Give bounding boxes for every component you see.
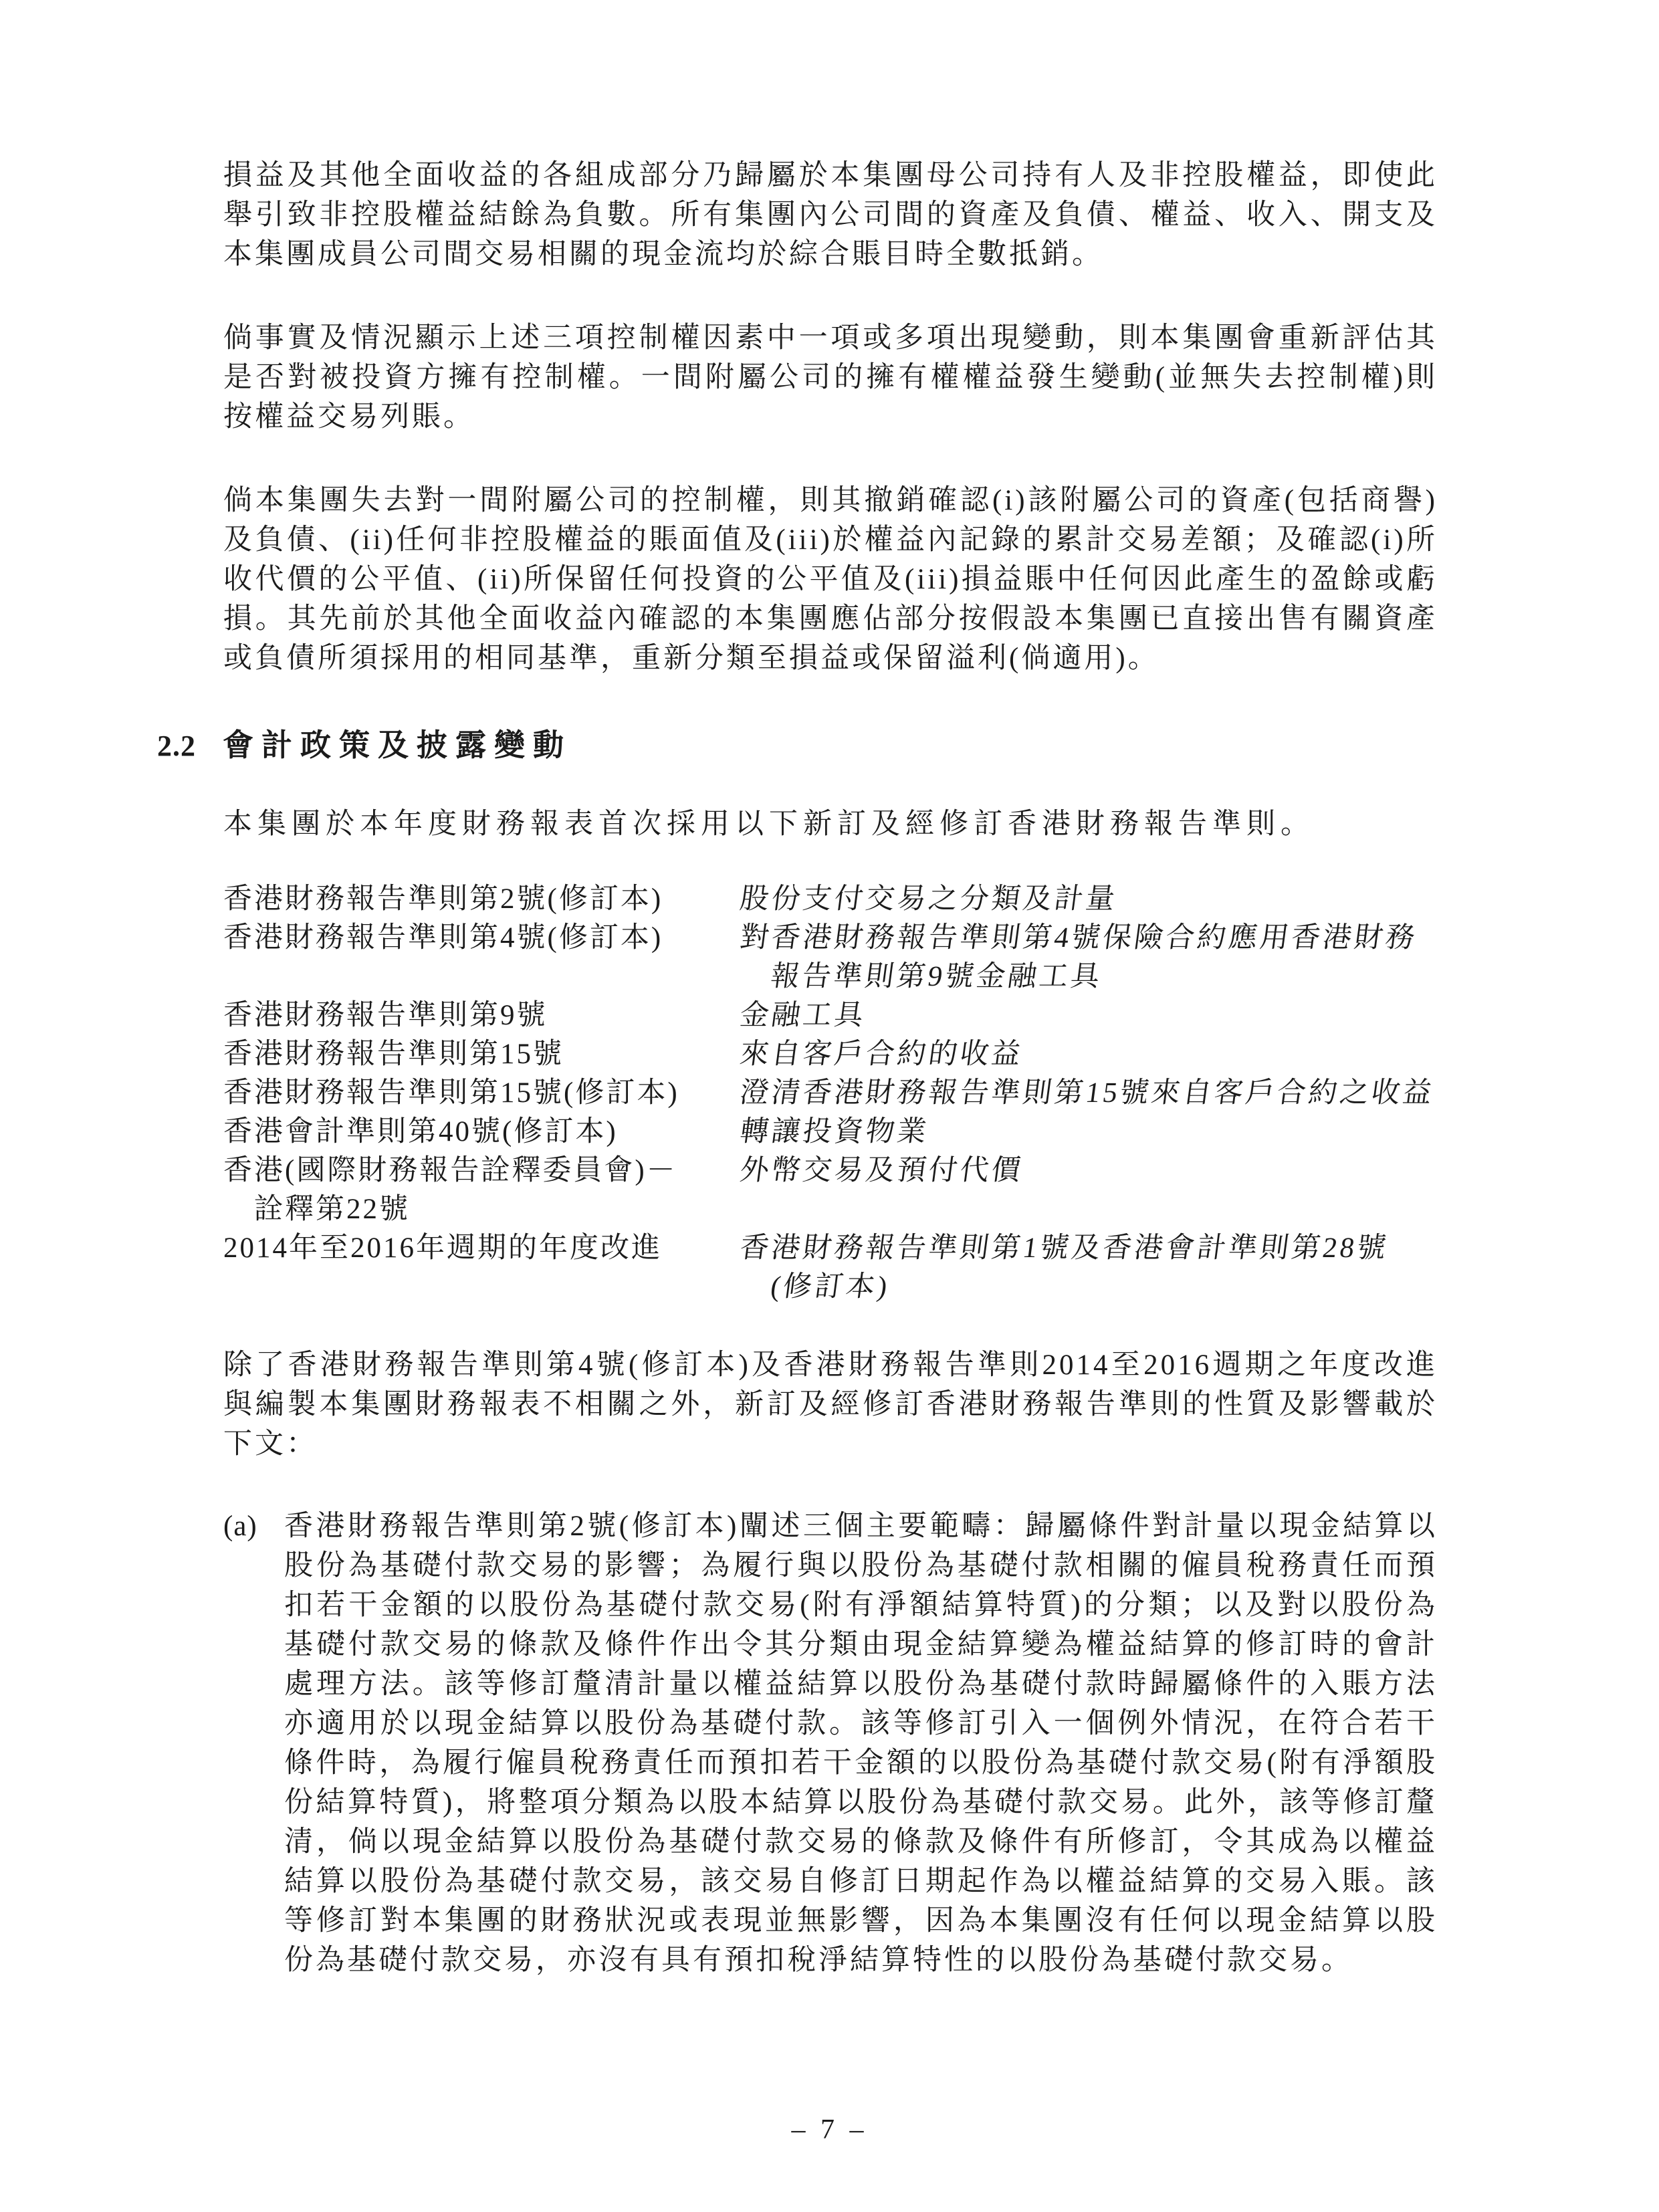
standard-subject-cell: 香港財務報告準則第1號及香港會計準則第28號 (修訂本) [738,1229,1438,1307]
note-item-label: (a) [223,1507,284,1980]
standard-subject: 股份支付交易之分類及計量 [738,880,1442,919]
standard-subject-cell: 澄清香港財務報告準則第15號來自客戶合約之收益 [738,1074,1438,1113]
table-row: 香港會計準則第40號(修訂本) 轉讓投資物業 [223,1113,1438,1151]
section-title: 會計政策及披露變動 [223,728,572,762]
standard-name-continuation: 詮釋第22號 [223,1190,738,1229]
standard-name-cell: 香港財務報告準則第15號(修訂本) [223,1074,738,1113]
standard-name-cell: 香港財務報告準則第9號 [223,996,738,1035]
table-row: 香港財務報告準則第9號 金融工具 [223,996,1438,1035]
standard-name-cell: 香港會計準則第40號(修訂本) [223,1113,738,1151]
standard-name: 香港會計準則第40號(修訂本) [223,1113,738,1151]
notes-lead-paragraph: 除了香港財務報告準則第4號(修訂本)及香港財務報告準則2014至2016週期之年… [223,1345,1438,1464]
standard-name: 香港財務報告準則第2號(修訂本) [223,880,738,919]
standard-name: 香港財務報告準則第15號 [223,1035,738,1074]
standard-subject: 外幣交易及預付代價 [738,1151,1442,1190]
standard-subject: 香港財務報告準則第1號及香港會計準則第28號 [738,1229,1442,1268]
standard-name: 香港財務報告準則第15號(修訂本) [223,1074,738,1113]
standard-name: 香港財務報告準則第9號 [223,996,738,1035]
standard-subject-cell: 股份支付交易之分類及計量 [738,880,1438,919]
table-row: 香港財務報告準則第15號 來自客戶合約的收益 [223,1035,1438,1074]
paragraph-loss-of-control: 倘本集團失去對一間附屬公司的控制權，則其撤銷確認(i)該附屬公司的資產(包括商譽… [223,481,1438,678]
standard-name-cell: 香港財務報告準則第2號(修訂本) [223,880,738,919]
standard-subject: 轉讓投資物業 [738,1113,1442,1151]
standard-name: 香港財務報告準則第4號(修訂本) [223,919,738,958]
standard-subject-cell: 對香港財務報告準則第4號保險合約應用香港財務 報告準則第9號金融工具 [738,919,1438,996]
standard-name-cell: 香港(國際財務報告詮釋委員會)－ 詮釋第22號 [223,1151,738,1229]
section-heading: 2.2會計政策及披露變動 [157,722,1438,770]
standard-subject-cell: 金融工具 [738,996,1438,1035]
page-content: 損益及其他全面收益的各組成部分乃歸屬於本集團母公司持有人及非控股權益，即使此舉引… [223,156,1438,1980]
standard-name-cell: 香港財務報告準則第4號(修訂本) [223,919,738,996]
standard-name-cell: 2014年至2016年週期的年度改進 [223,1229,738,1307]
standard-subject-continuation: (修訂本) [738,1268,1442,1307]
standard-name-cell: 香港財務報告準則第15號 [223,1035,738,1074]
table-row: 2014年至2016年週期的年度改進 香港財務報告準則第1號及香港會計準則第28… [223,1229,1438,1307]
paragraph-control-reassessment: 倘事實及情況顯示上述三項控制權因素中一項或多項出現變動，則本集團會重新評估其是否… [223,318,1438,437]
standard-subject: 澄清香港財務報告準則第15號來自客戶合約之收益 [738,1074,1442,1113]
standard-name: 香港(國際財務報告詮釋委員會)－ [223,1151,738,1190]
standard-subject-cell: 外幣交易及預付代價 [738,1151,1438,1229]
section-intro-paragraph: 本集團於本年度財務報表首次採用以下新訂及經修訂香港財務報告準則。 [223,804,1438,844]
paragraph-profit-loss-attribution: 損益及其他全面收益的各組成部分乃歸屬於本集團母公司持有人及非控股權益，即使此舉引… [223,156,1438,274]
document-page: 損益及其他全面收益的各組成部分乃歸屬於本集團母公司持有人及非控股權益，即使此舉引… [0,0,1659,2212]
standard-subject: 來自客戶合約的收益 [738,1035,1442,1074]
standard-subject-cell: 轉讓投資物業 [738,1113,1438,1151]
standard-subject-cell: 來自客戶合約的收益 [738,1035,1438,1074]
standards-table: 香港財務報告準則第2號(修訂本) 股份支付交易之分類及計量 香港財務報告準則第4… [223,880,1438,1307]
standard-subject: 對香港財務報告準則第4號保險合約應用香港財務 [738,919,1442,958]
table-row: 香港(國際財務報告詮釋委員會)－ 詮釋第22號 外幣交易及預付代價 [223,1151,1438,1229]
table-row: 香港財務報告準則第15號(修訂本) 澄清香港財務報告準則第15號來自客戶合約之收… [223,1074,1438,1113]
section-number: 2.2 [157,730,196,762]
standard-subject-continuation: 報告準則第9號金融工具 [738,958,1442,996]
table-row: 香港財務報告準則第2號(修訂本) 股份支付交易之分類及計量 [223,880,1438,919]
note-item-text: 香港財務報告準則第2號(修訂本)闡述三個主要範疇：歸屬條件對計量以現金結算以股份… [284,1507,1438,1980]
table-row: 香港財務報告準則第4號(修訂本) 對香港財務報告準則第4號保險合約應用香港財務 … [223,919,1438,996]
note-item-a: (a) 香港財務報告準則第2號(修訂本)闡述三個主要範疇：歸屬條件對計量以現金結… [223,1507,1438,1980]
standard-subject: 金融工具 [738,996,1442,1035]
page-number: – 7 – [0,2110,1659,2150]
standard-name: 2014年至2016年週期的年度改進 [223,1229,738,1268]
